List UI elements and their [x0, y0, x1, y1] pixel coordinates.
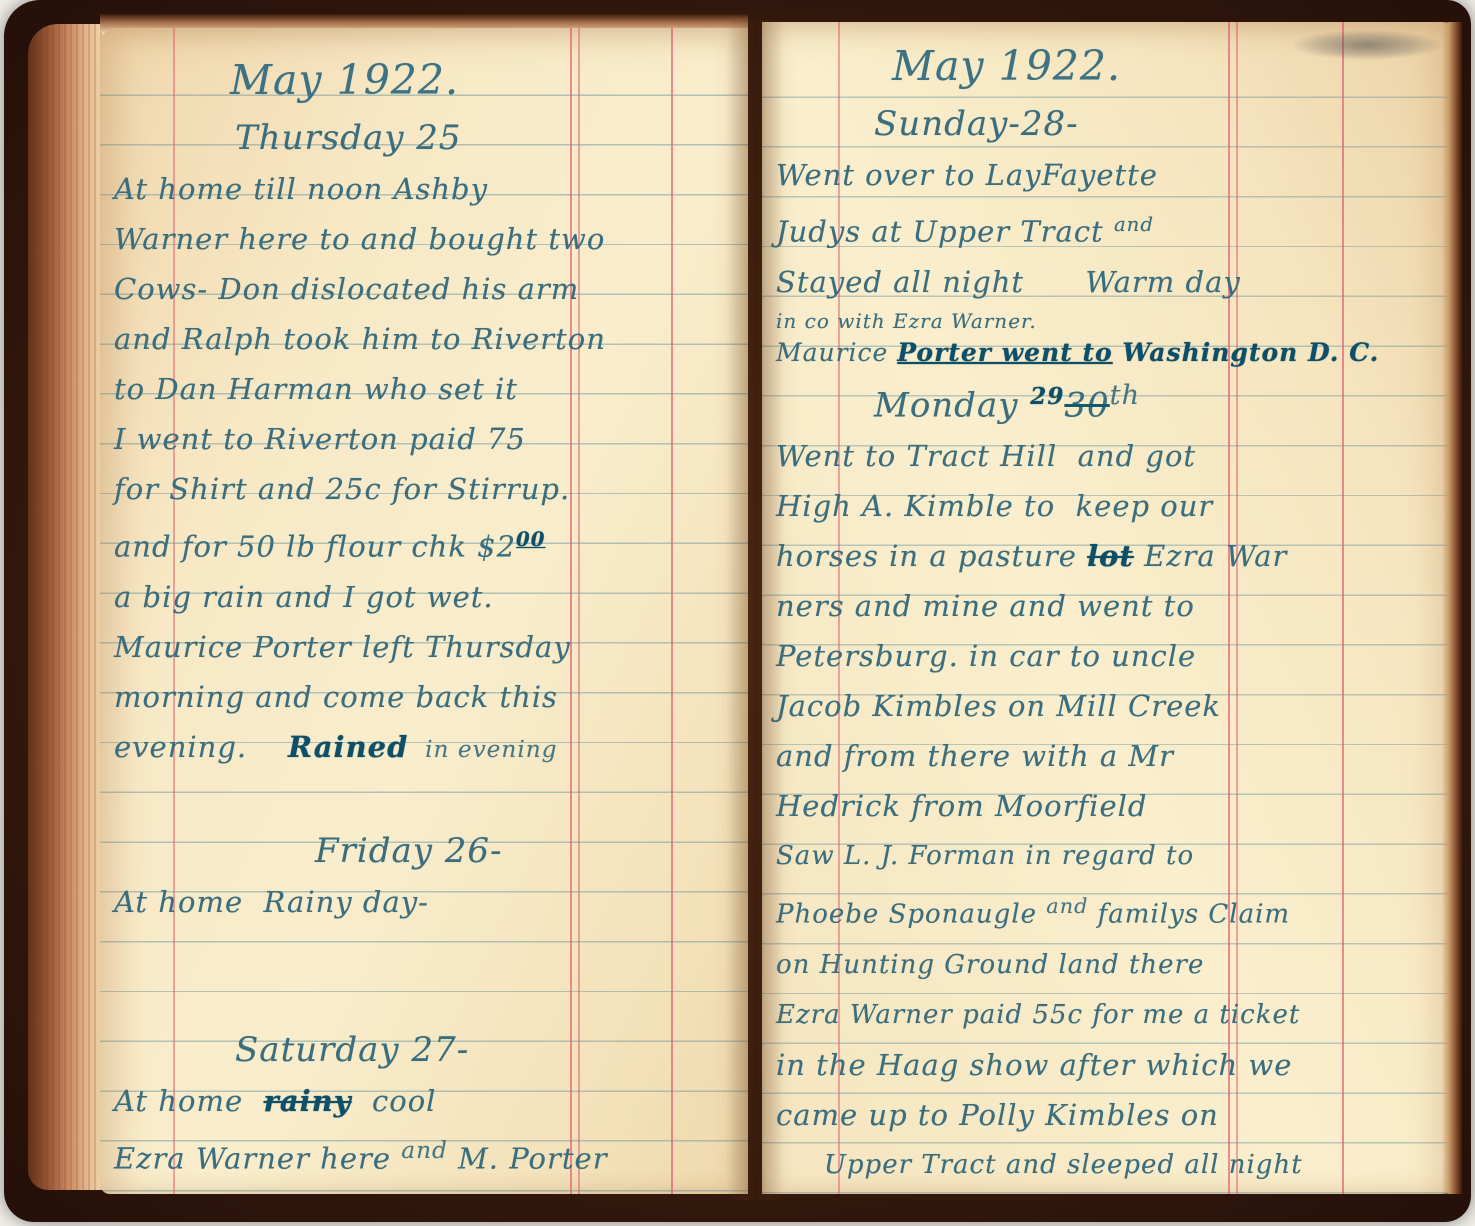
text-segment-sup: 29	[1030, 383, 1064, 410]
text-segment: M. Porter	[448, 1141, 608, 1175]
text-segment: in co with Ezra Warner.	[776, 309, 1037, 333]
diary-line: and from there with a Mr	[762, 731, 1448, 781]
text-segment: Judys at Upper Tract	[776, 215, 1114, 249]
text-segment-underline: warm	[1092, 1192, 1154, 1194]
diary-line: Went over to LayFayette	[762, 150, 1448, 200]
text-segment: a big rain and I got wet.	[114, 580, 494, 614]
text-segment: Ezra War	[1134, 539, 1287, 573]
diary-line: Jacob Kimbles on Mill Creek	[762, 681, 1448, 731]
text-segment: Ezra Warner paid 55c for me a ticket	[776, 1000, 1300, 1030]
text-segment: and for 50 lb flour chk $2	[114, 530, 516, 564]
diary-line: I went to Riverton paid 75	[100, 414, 742, 464]
text-segment: High A. Kimble to keep our	[776, 489, 1213, 523]
text-segment-dark: Washington D. C.	[1122, 338, 1379, 367]
diary-line: in co with Ezra Warner.	[762, 307, 1448, 335]
text-segment-dark: Porter went to	[897, 338, 1112, 367]
text-segment-dark: Rained	[288, 730, 408, 764]
entry-day-heading: Saturday 27-	[100, 1024, 742, 1076]
diary-line: Upper Tract and sleeped all night	[762, 1140, 1448, 1190]
month-year-header: May 1922.	[100, 48, 742, 112]
text-segment: morning and come back this	[114, 680, 558, 714]
text-segment: Thursday 25	[235, 118, 462, 158]
diary-line: Judys at Upper Tract and	[762, 200, 1448, 257]
text-segment: Maurice	[776, 338, 897, 367]
diary-line: and Ralph took him to Riverton	[100, 314, 742, 364]
diary-line: a big rain and I got wet.	[100, 572, 742, 622]
diary-line: in the Haag show after which we	[762, 1040, 1448, 1090]
text-segment: and from there with a Mr	[776, 739, 1174, 773]
text-segment: Maurice Porter left Thursday	[114, 630, 571, 664]
text-segment: to Dan Harman who set it	[114, 372, 518, 406]
text-segment: evening.	[114, 730, 288, 764]
text-segment: Saturday 27-	[235, 1030, 469, 1070]
text-segment: Jacob Kimbles on Mill Creek	[776, 689, 1221, 723]
text-segment-sup: and	[1046, 894, 1088, 918]
text-segment: At home Rainy day-	[114, 885, 429, 919]
text-segment: Friday 26-	[315, 831, 503, 871]
text-segment: Phoebe Sponaugle	[776, 900, 1046, 930]
page-stack-edge-left	[28, 24, 106, 1190]
text-segment: Upper Tract and sleeped all night	[824, 1150, 1303, 1180]
diary-line: At home till noon Ashby	[100, 164, 742, 214]
page-lines: Thursday 25At home till noon AshbyWarner…	[100, 112, 742, 1194]
diary-line: to Dan Harman who set it	[100, 364, 742, 414]
text-segment-dark	[1113, 338, 1123, 367]
diary-line: warm	[762, 1190, 1448, 1194]
diary-line: Saw L. J. Forman in regard to	[762, 831, 1448, 881]
entry-day-heading: Friday 26-	[100, 825, 742, 877]
text-segment: and Ralph took him to Riverton	[114, 322, 606, 356]
text-segment: familys Claim	[1088, 900, 1290, 930]
text-segment: on Hunting Ground land there	[776, 950, 1204, 980]
text-segment-sup: th	[1110, 380, 1140, 411]
entry-day-heading: Monday 2930th	[762, 370, 1448, 431]
diary-line: At home rainy cool	[100, 1076, 742, 1126]
diary-line: Stayed all night Warm day	[762, 257, 1448, 307]
text-segment: At home	[114, 1084, 264, 1118]
diary-line: Cows- Don dislocated his arm	[100, 264, 742, 314]
diary-line: Petersburg. in car to uncle	[762, 631, 1448, 681]
diary-line: Hedrick from Moorfield	[762, 781, 1448, 831]
diary-book: May 1922. Thursday 25At home till noon A…	[4, 0, 1471, 1222]
diary-line: on Hunting Ground land there	[762, 940, 1448, 990]
text-segment: Went over to LayFayette	[776, 158, 1158, 192]
text-segment-strike: 30	[1064, 385, 1109, 425]
text-segment: Stayed all night Warm day	[776, 265, 1241, 299]
text-segment: came up to Polly Kimbles on	[776, 1098, 1219, 1132]
diary-page-left: May 1922. Thursday 25At home till noon A…	[100, 28, 748, 1194]
text-segment: Warner here to and bought two	[114, 222, 605, 256]
diary-line: horses in a pasture lot Ezra War	[762, 531, 1448, 581]
text-segment: Hedrick from Moorfield	[776, 789, 1147, 823]
text-segment: Cows- Don dislocated his arm	[114, 272, 579, 306]
diary-line: Went to Tract Hill and got	[762, 431, 1448, 481]
text-segment: Ezra Warner here	[114, 1141, 401, 1175]
text-segment: I went to Riverton paid 75	[114, 422, 526, 456]
diary-line: Ezra Warner here and M. Porter	[100, 1126, 742, 1184]
text-segment-dark: 00	[516, 527, 545, 551]
diary-line: and for 50 lb flour chk $200	[100, 514, 742, 572]
text-segment: had a Bible lesson.	[114, 1193, 381, 1194]
page-stack-edge-right	[1442, 22, 1462, 1194]
diary-line: for Shirt and 25c for Stirrup.	[100, 464, 742, 514]
text-segment: cool	[352, 1084, 437, 1118]
diary-line: Phoebe Sponaugle and familys Claim	[762, 881, 1448, 940]
diary-line: ners and mine and went to	[762, 581, 1448, 631]
diary-line: Maurice Porter left Thursday	[100, 622, 742, 672]
text-segment: for Shirt and 25c for Stirrup.	[114, 472, 570, 506]
month-year-header: May 1922.	[762, 34, 1448, 98]
diary-line: evening. Rained in evening	[100, 722, 742, 775]
text-segment-sup: and	[1114, 213, 1154, 236]
page-content: May 1922. Sunday-28-Went over to LayFaye…	[762, 34, 1448, 1194]
diary-page-right: May 1922. Sunday-28-Went over to LayFaye…	[762, 22, 1454, 1194]
text-segment: At home till noon Ashby	[114, 172, 488, 206]
entry-day-heading: Sunday-28-	[762, 98, 1448, 150]
page-content: May 1922. Thursday 25At home till noon A…	[100, 48, 742, 1194]
page-lines: Sunday-28-Went over to LayFayetteJudys a…	[762, 98, 1448, 1194]
text-segment: Petersburg. in car to uncle	[776, 639, 1196, 673]
diary-line: High A. Kimble to keep our	[762, 481, 1448, 531]
text-segment-strike: rainy	[264, 1084, 352, 1118]
diary-line: came up to Polly Kimbles on	[762, 1090, 1448, 1140]
text-segment: ners and mine and went to	[776, 589, 1195, 623]
text-segment: Went to Tract Hill and got	[776, 439, 1196, 473]
diary-line: Warner here to and bought two	[100, 214, 742, 264]
entry-day-heading: Thursday 25	[100, 112, 742, 164]
text-segment: Monday	[874, 385, 1030, 425]
diary-line: morning and come back this	[100, 672, 742, 722]
text-segment-strike: lot	[1087, 539, 1134, 573]
diary-line: At home Rainy day-	[100, 877, 742, 927]
text-segment: horses in a pasture	[776, 539, 1087, 573]
text-segment-small: in evening	[408, 736, 557, 763]
text-segment: in the Haag show after which we	[776, 1048, 1292, 1082]
diary-line: had a Bible lesson.	[100, 1183, 742, 1194]
text-segment: Sunday-28-	[874, 104, 1079, 144]
text-segment-sup: and	[401, 1137, 448, 1164]
diary-line: Ezra Warner paid 55c for me a ticket	[762, 990, 1448, 1040]
diary-line: Maurice Porter went to Washington D. C.	[762, 335, 1448, 370]
text-segment: Saw L. J. Forman in regard to	[776, 841, 1194, 871]
